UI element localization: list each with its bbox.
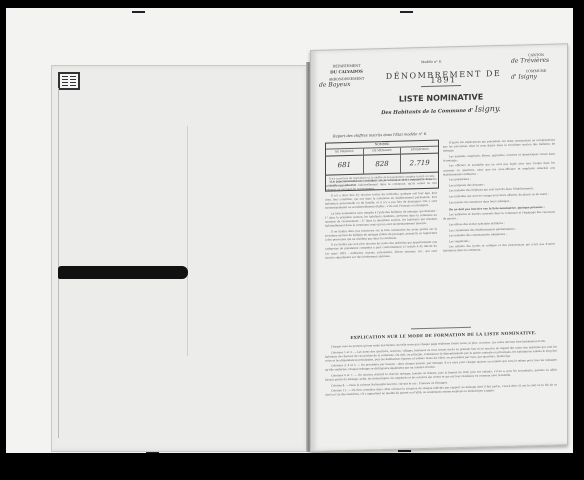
instructions-left: La liste nominative des habitants de la … (325, 178, 437, 321)
title-divider (421, 85, 461, 87)
paragraph: Il n'y a donc lieu d'y inscrire toutes l… (325, 191, 437, 210)
left-page (51, 65, 311, 452)
instructions-right: D'après les explications qui précèdent, … (443, 139, 555, 322)
habitants-line: Des Habitants de la Commune d' Isigny. (341, 105, 541, 117)
report-col-maisons: DE MAISONS (326, 149, 364, 156)
arrondissement-value: de Bayeux (319, 81, 374, 87)
formation-explanation: Chaque case ne portera qu'une seule insc… (325, 340, 557, 426)
page-fold-line (187, 126, 188, 356)
habitants-prefix: Des Habitants de la Commune d' (381, 108, 473, 116)
paragraph: Les officiers et assimilés qui ne sont p… (443, 162, 555, 177)
header-canton-commune: CANTON de Trévières COMMUNE d' Isigny (511, 52, 561, 85)
document-subtitle: LISTE NOMINATIVE (351, 93, 531, 103)
document-title: DÉNOMBREMENT DE 1891 (371, 71, 516, 85)
paragraph: D'après les explications qui précèdent, … (443, 139, 555, 154)
section-title: EXPLICATION SUR LE MODE DE FORMATION DE … (331, 330, 556, 341)
paragraph: Les enfants des lycées et collèges et de… (443, 243, 555, 254)
archive-book-icon (58, 72, 80, 90)
habitants-commune: Isigny. (475, 104, 501, 114)
ruler-mark (398, 450, 411, 452)
redaction-strip (58, 266, 188, 279)
canton-value: de Trévières (511, 57, 561, 63)
department-name: DU CALVADOS (319, 68, 374, 74)
report-caption: Report des chiffres inscrits dans l'État… (325, 132, 435, 140)
report-col-menages: DE MÉNAGES (364, 148, 402, 155)
report-value-menages: 828 (364, 155, 402, 174)
paragraph: La liste nominative sera remplie à l'aid… (325, 209, 437, 228)
paragraph: Les marins du commerce dans leurs ménage… (443, 198, 555, 205)
section-divider (411, 327, 471, 330)
right-page: DÉPARTEMENT DU CALVADOS ARRONDISSEMENT d… (310, 43, 568, 452)
header-department: DÉPARTEMENT DU CALVADOS ARRONDISSEMENT d… (319, 63, 374, 87)
commune-value: d' Isigny (511, 73, 561, 79)
open-register: DÉPARTEMENT DU CALVADOS ARRONDISSEMENT d… (48, 62, 568, 450)
report-value-individus: 2.719 (401, 154, 438, 173)
report-col-individus: D'INDIVIDUS (401, 147, 438, 154)
ruler-mark (400, 11, 413, 13)
model-number: Modèle n° 8. (421, 60, 442, 66)
ruler-mark (132, 11, 145, 13)
paragraph: Il n'y faudra pas non plus inscrire les … (325, 241, 437, 260)
report-value-maisons: 681 (326, 156, 364, 175)
page-margin-line (58, 88, 59, 438)
paragraph: La liste nominative des habitants de la … (325, 178, 437, 193)
